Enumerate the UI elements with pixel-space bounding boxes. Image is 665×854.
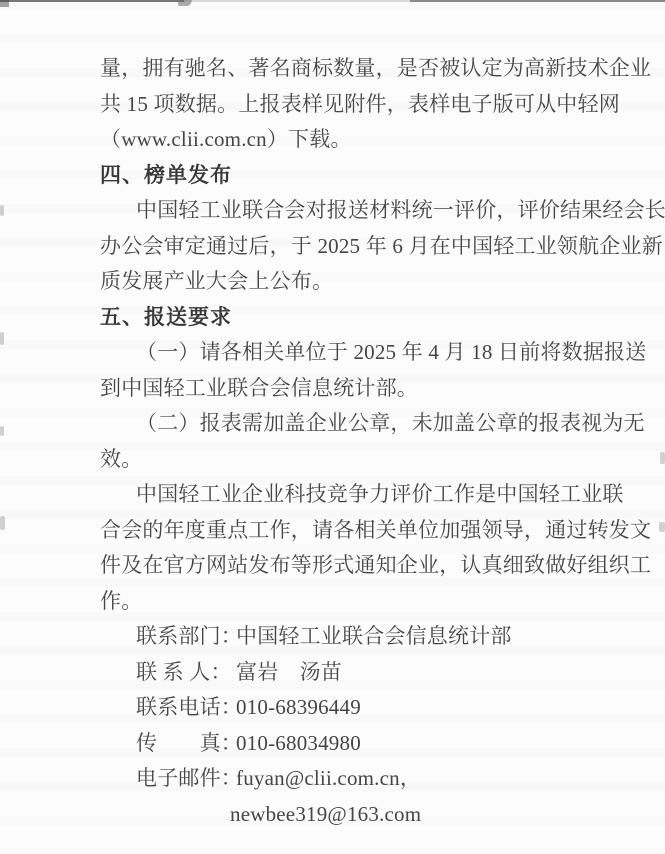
body-line: （一）请各相关单位于 2025 年 4 月 18 日前将数据报送 (100, 335, 562, 371)
contact-department-label: 联系部门： (136, 619, 236, 655)
contact-email-value: fuyan@clii.com.cn， (236, 766, 421, 790)
contact-email-label: 电子邮件： (136, 761, 236, 797)
contact-phone: 联系电话：010-68396449 (100, 690, 562, 726)
body-line: 中国轻工业企业科技竞争力评价工作是中国轻工业联 (100, 477, 562, 513)
scan-artifact-edge-dash (0, 205, 4, 216)
contact-person: 联 系 人：富岩 汤苗 (100, 655, 562, 691)
body-line-url: （www.clii.com.cn）下载。 (100, 122, 562, 158)
section-heading-5: 五、报送要求 (100, 300, 562, 336)
body-line: 质发展产业大会上公布。 (100, 264, 562, 300)
body-line: 件及在官方网站发布等形式通知企业，认真细致做好组织工 (100, 548, 562, 584)
scan-artifact-top-line-right (410, 0, 665, 2)
section-heading-4: 四、榜单发布 (100, 158, 562, 194)
body-line: 量，拥有驰名、著名商标数量，是否被认定为高新技术企业 (100, 51, 562, 87)
body-line: 共 15 项数据。上报表样见附件，表样电子版可从中轻网 (100, 87, 562, 123)
scan-artifact-edge-dash (0, 332, 4, 345)
scan-artifact-blob (177, 0, 192, 6)
body-line: 办公会审定通过后，于 2025 年 6 月在中国轻工业领航企业新 (100, 229, 562, 265)
scan-artifact-edge-dash (0, 426, 4, 436)
contact-department-value: 中国轻工业联合会信息统计部 (236, 624, 512, 648)
contact-fax: 传 真：010-68034980 (100, 726, 562, 762)
contact-phone-label: 联系电话： (136, 690, 236, 726)
body-line: 作。 (100, 584, 562, 620)
scan-artifact-edge-dash (660, 452, 665, 464)
body-line: 到中国轻工业联合会信息统计部。 (100, 371, 562, 407)
contact-fax-label: 传 真： (136, 726, 236, 762)
body-line: 中国轻工业联合会对报送材料统一评价，评价结果经会长 (100, 193, 562, 229)
scan-artifact-edge-dash (0, 516, 5, 530)
body-line: 合会的年度重点工作，请各相关单位加强领导，通过转发文 (100, 513, 562, 549)
scan-artifact-edge-dash (659, 522, 665, 532)
scanned-document-page: 量，拥有驰名、著名商标数量，是否被认定为高新技术企业 共 15 项数据。上报表样… (0, 0, 665, 854)
scan-artifact-top-line-left (0, 0, 184, 2)
scan-artifact-corner (0, 0, 9, 7)
contact-email-secondary: newbee319@163.com (100, 797, 562, 833)
body-line: （二）报表需加盖企业公章，未加盖公章的报表视为无 (100, 406, 562, 442)
contact-fax-value: 010-68034980 (236, 731, 361, 755)
contact-person-label: 联 系 人： (136, 655, 236, 691)
contact-email-secondary-value: newbee319@163.com (230, 802, 421, 826)
contact-person-value: 富岩 汤苗 (236, 660, 342, 684)
contact-email: 电子邮件：fuyan@clii.com.cn， (100, 761, 562, 797)
contact-phone-value: 010-68396449 (236, 695, 361, 719)
contact-department: 联系部门：中国轻工业联合会信息统计部 (100, 619, 562, 655)
body-line: 效。 (100, 442, 562, 478)
document-body: 量，拥有驰名、著名商标数量，是否被认定为高新技术企业 共 15 项数据。上报表样… (100, 51, 562, 832)
scan-artifact-top-line-middle (184, 0, 410, 2)
